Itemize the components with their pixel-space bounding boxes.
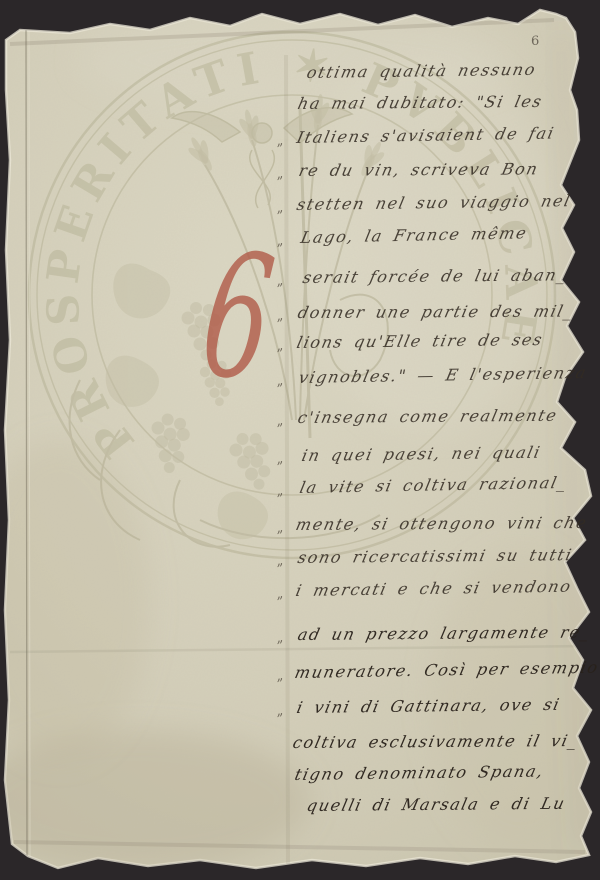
margin-quote-mark: „ bbox=[275, 338, 285, 354]
handwritten-text: i vini di Gattinara, ove si bbox=[295, 695, 562, 717]
manuscript-line: „vignobles." — E l'esperienza bbox=[0, 368, 600, 402]
manuscript-line: „serait forcée de lui aban_ bbox=[0, 268, 600, 302]
manuscript-line: „Italiens s'avisaient de fai bbox=[0, 128, 600, 162]
manuscript-photo: PROSPERITATI ✶ PVBLICAE bbox=[0, 0, 600, 880]
manuscript-line: „c'insegna come realmente bbox=[0, 408, 600, 442]
handwritten-text: donner une partie des mil_ bbox=[296, 302, 576, 322]
margin-quote-mark: „ bbox=[275, 273, 285, 289]
handwritten-text: re du vin, scriveva Bon bbox=[297, 159, 541, 180]
margin-quote-mark: „ bbox=[275, 451, 285, 467]
manuscript-line: „i vini di Gattinara, ove si bbox=[0, 698, 600, 732]
handwritten-text: vignobles." — E l'esperienza bbox=[297, 363, 589, 387]
margin-quote-mark: „ bbox=[275, 703, 285, 719]
handwritten-text: tigno denominato Spana, bbox=[293, 762, 546, 784]
handwritten-text: ottima qualità nessuno bbox=[305, 60, 538, 82]
manuscript-line: „lions qu'Elle tire de ses bbox=[0, 333, 600, 367]
margin-quote-mark: „ bbox=[275, 586, 285, 602]
page-number: 6 bbox=[531, 34, 540, 49]
handwritten-text: i mercati e che si vendono bbox=[294, 577, 574, 600]
manuscript-line: „i mercati e che si vendono bbox=[0, 581, 600, 615]
handwritten-text: Italiens s'avisaient de fai bbox=[295, 124, 557, 147]
margin-quote-mark: „ bbox=[275, 413, 285, 429]
margin-quote-mark: „ bbox=[275, 630, 285, 646]
manuscript-line: „Lago, la France même bbox=[0, 228, 600, 262]
handwritten-text: stetten nel suo viaggio nel bbox=[295, 191, 573, 214]
handwritten-text: c'insegna come realmente bbox=[296, 406, 560, 427]
margin-quote-mark: „ bbox=[275, 553, 285, 569]
manuscript-line: ha mai dubitato: "Si les bbox=[0, 94, 600, 128]
handwritten-text: ha mai dubitato: "Si les bbox=[296, 92, 545, 113]
handwritten-text: coltiva esclusivamente il vi_ bbox=[291, 731, 580, 752]
margin-quote-mark: „ bbox=[275, 133, 285, 149]
manuscript-line: „ad un prezzo largamente re_ bbox=[0, 625, 600, 659]
manuscript-line: „muneratore. Così per esempio bbox=[0, 663, 600, 697]
handwritten-text: Lago, la France même bbox=[299, 223, 529, 247]
manuscript-line: „la vite si coltiva razional_ bbox=[0, 478, 600, 512]
manuscript-line: „mente, si ottengono vini che bbox=[0, 515, 600, 549]
manuscript-line: „re du vin, scriveva Bon bbox=[0, 161, 600, 195]
manuscript-line: quelli di Marsala e di Lu bbox=[0, 796, 600, 830]
margin-quote-mark: „ bbox=[275, 483, 285, 499]
handwritten-text: muneratore. Così per esempio bbox=[293, 658, 600, 682]
handwritten-text: ad un prezzo largamente re_ bbox=[296, 622, 593, 644]
margin-quote-mark: „ bbox=[275, 200, 285, 216]
margin-quote-mark: „ bbox=[275, 373, 285, 389]
handwritten-text: in quei paesi, nei quali bbox=[300, 443, 543, 465]
margin-quote-mark: „ bbox=[275, 308, 285, 324]
margin-quote-mark: „ bbox=[275, 668, 285, 684]
margin-quote-mark: „ bbox=[275, 233, 285, 249]
handwritten-text: mente, si ottengono vini che bbox=[294, 513, 590, 534]
handwritten-text: la vite si coltiva razional_ bbox=[298, 473, 570, 497]
handwritten-text: quelli di Marsala e di Lu bbox=[305, 794, 568, 815]
handwritten-text: serait forcée de lui aban_ bbox=[301, 265, 569, 287]
margin-quote-mark: „ bbox=[275, 166, 285, 182]
handwritten-text: lions qu'Elle tire de ses bbox=[295, 330, 545, 352]
handwritten-text: sono ricercatissimi su tutti bbox=[296, 545, 575, 567]
margin-quote-mark: „ bbox=[275, 520, 285, 536]
